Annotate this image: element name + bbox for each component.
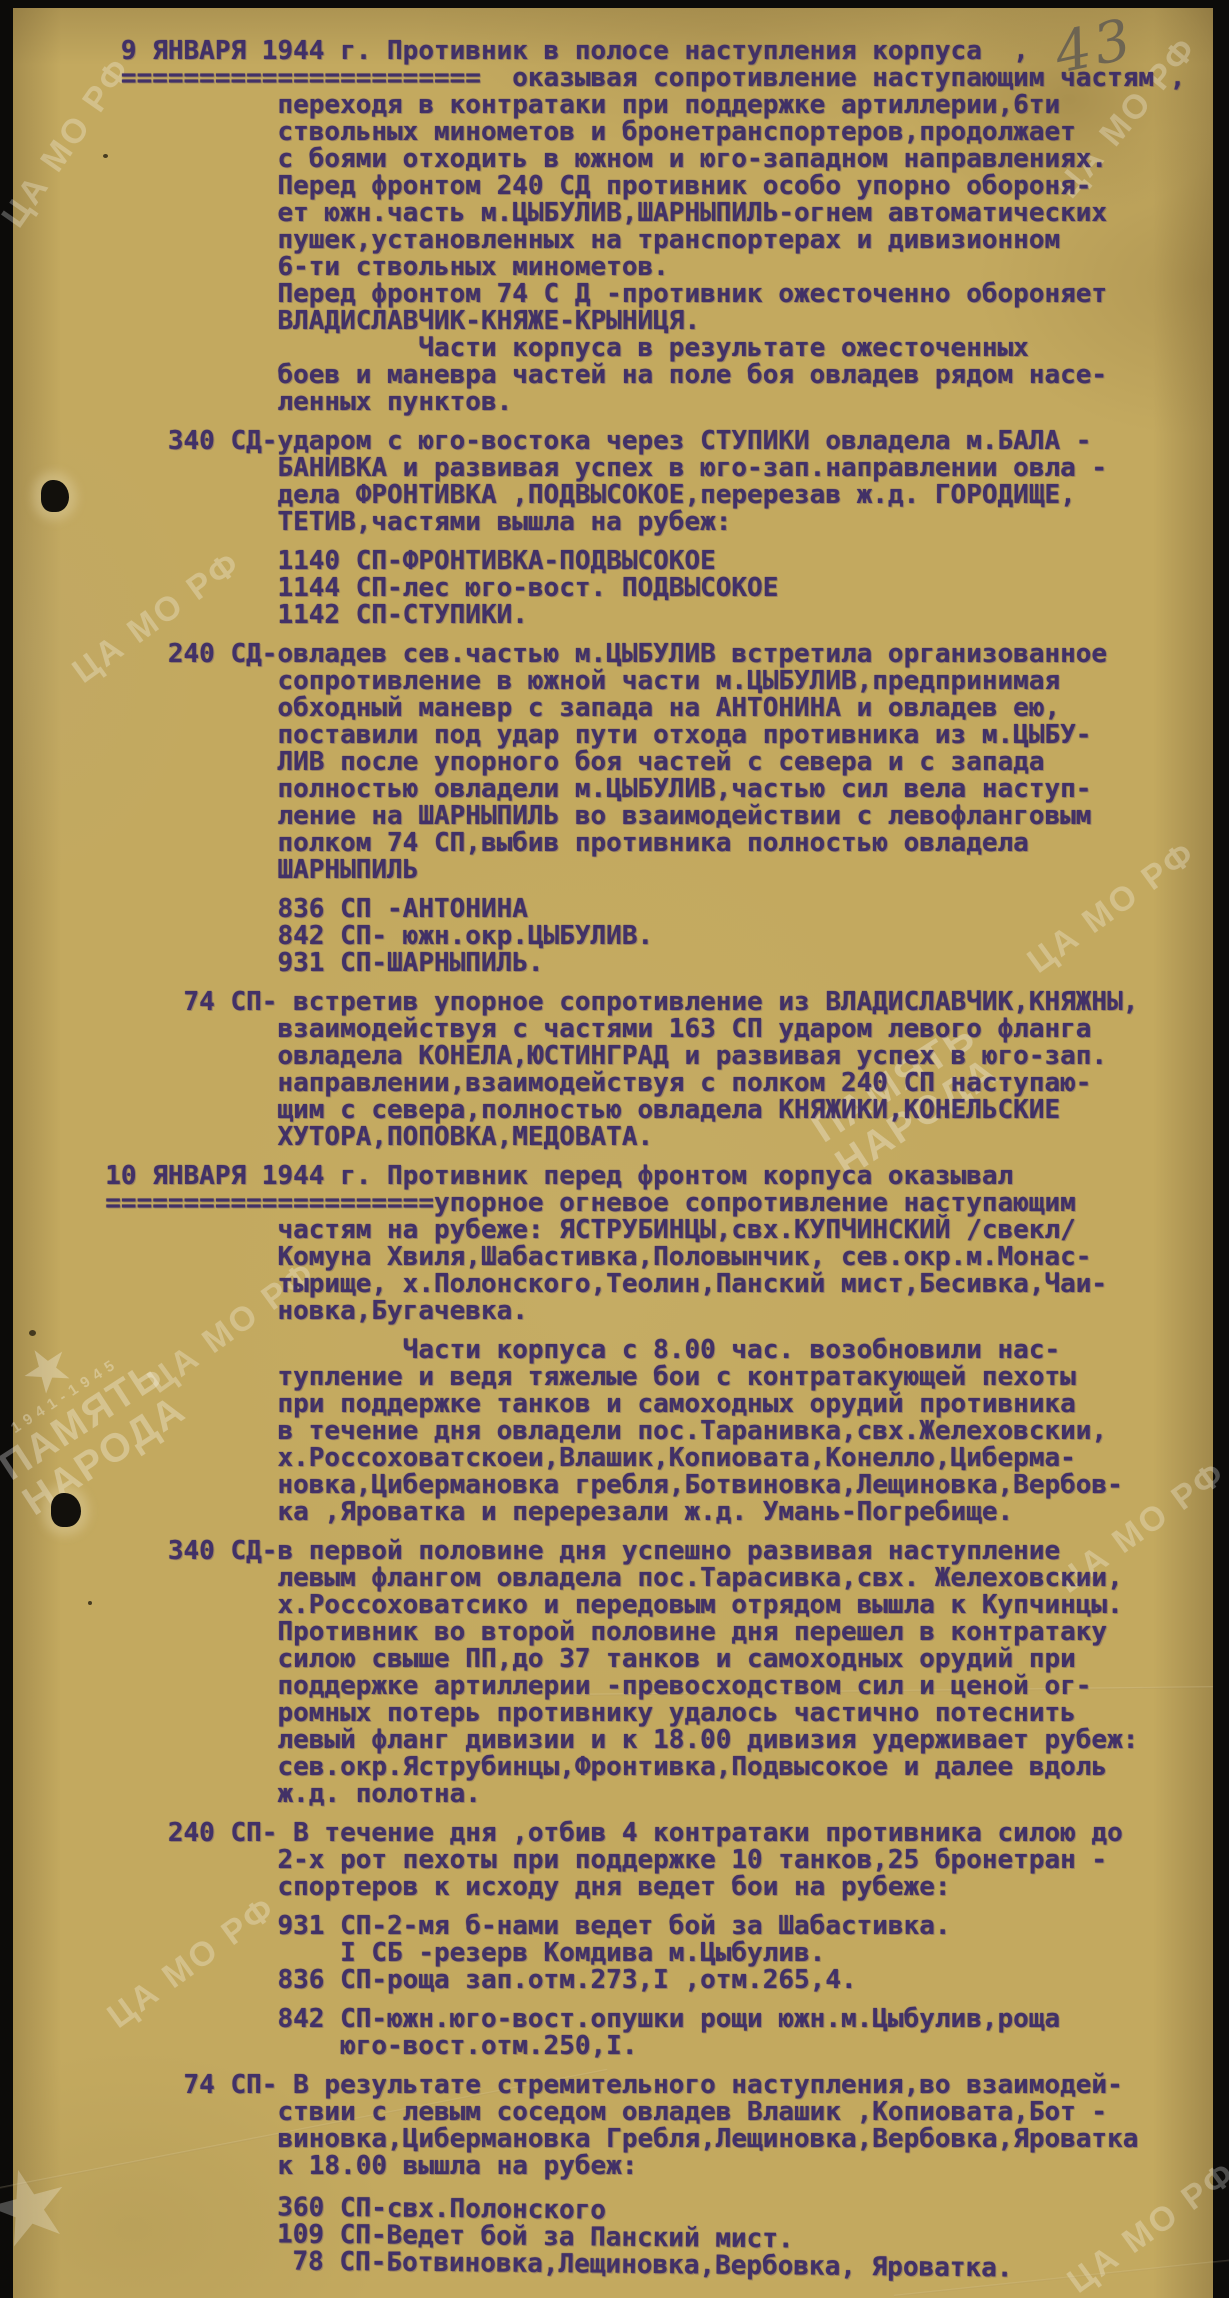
corps-resume-0800: Части корпуса с 8.00 час. возобновили на… — [27, 1337, 1212, 1526]
heading-jan-9-entry: 9 ЯНВАРЯ 1944 г. Противник в полосе наст… — [27, 38, 1212, 416]
unit-74sp-jan10: 74 СП- В результате стремительного насту… — [27, 2072, 1212, 2180]
unit-240sd-jan9: 240 СД-овладев сев.частью м.ЦЫБУЛИВ встр… — [27, 641, 1212, 884]
regiment-842-position: 842 СП-южн.юго-вост.опушки рощи южн.м.Цы… — [27, 2006, 1212, 2060]
paper-sheet: ЦА МО РФ ЦА МО РФ ЦА МО РФ ЦА МО РФ ЦА М… — [13, 8, 1213, 2298]
heading-jan-10-entry: 10 ЯНВАРЯ 1944 г. Противник перед фронто… — [27, 1163, 1212, 1325]
regiments-240sd-list: 836 СП -АНТОНИНА 842 СП- южн.окр.ЦЫБУЛИВ… — [27, 896, 1212, 977]
unit-340sd-jan9: 340 СД-ударом с юго-востока через СТУПИК… — [27, 428, 1212, 536]
unit-340sd-jan10: 340 СД-в первой половине дня успешно раз… — [27, 1538, 1212, 1808]
typed-body: 9 ЯНВАРЯ 1944 г. Противник в полосе наст… — [27, 38, 1212, 2285]
scanned-document-page: ЦА МО РФ ЦА МО РФ ЦА МО РФ ЦА МО РФ ЦА М… — [0, 0, 1229, 2298]
unit-240sp-jan10: 240 СП- В течение дня ,отбив 4 контратак… — [27, 1820, 1212, 1901]
unit-74sd-jan9: 74 СП- встретив упорное сопротивление из… — [27, 989, 1212, 1151]
regiments-340sd-list: 1140 СП-ФРОНТИВКА-ПОДВЫСОКОЕ 1144 СП-лес… — [27, 548, 1212, 629]
regiments-240-list-jan10: 931 СП-2-мя б-нами ведет бой за Шабастив… — [27, 1913, 1212, 1994]
regiments-74-list-jan10: 360 СП-свх.Полонского 109 СП-Ведет бой з… — [26, 2192, 1212, 2284]
